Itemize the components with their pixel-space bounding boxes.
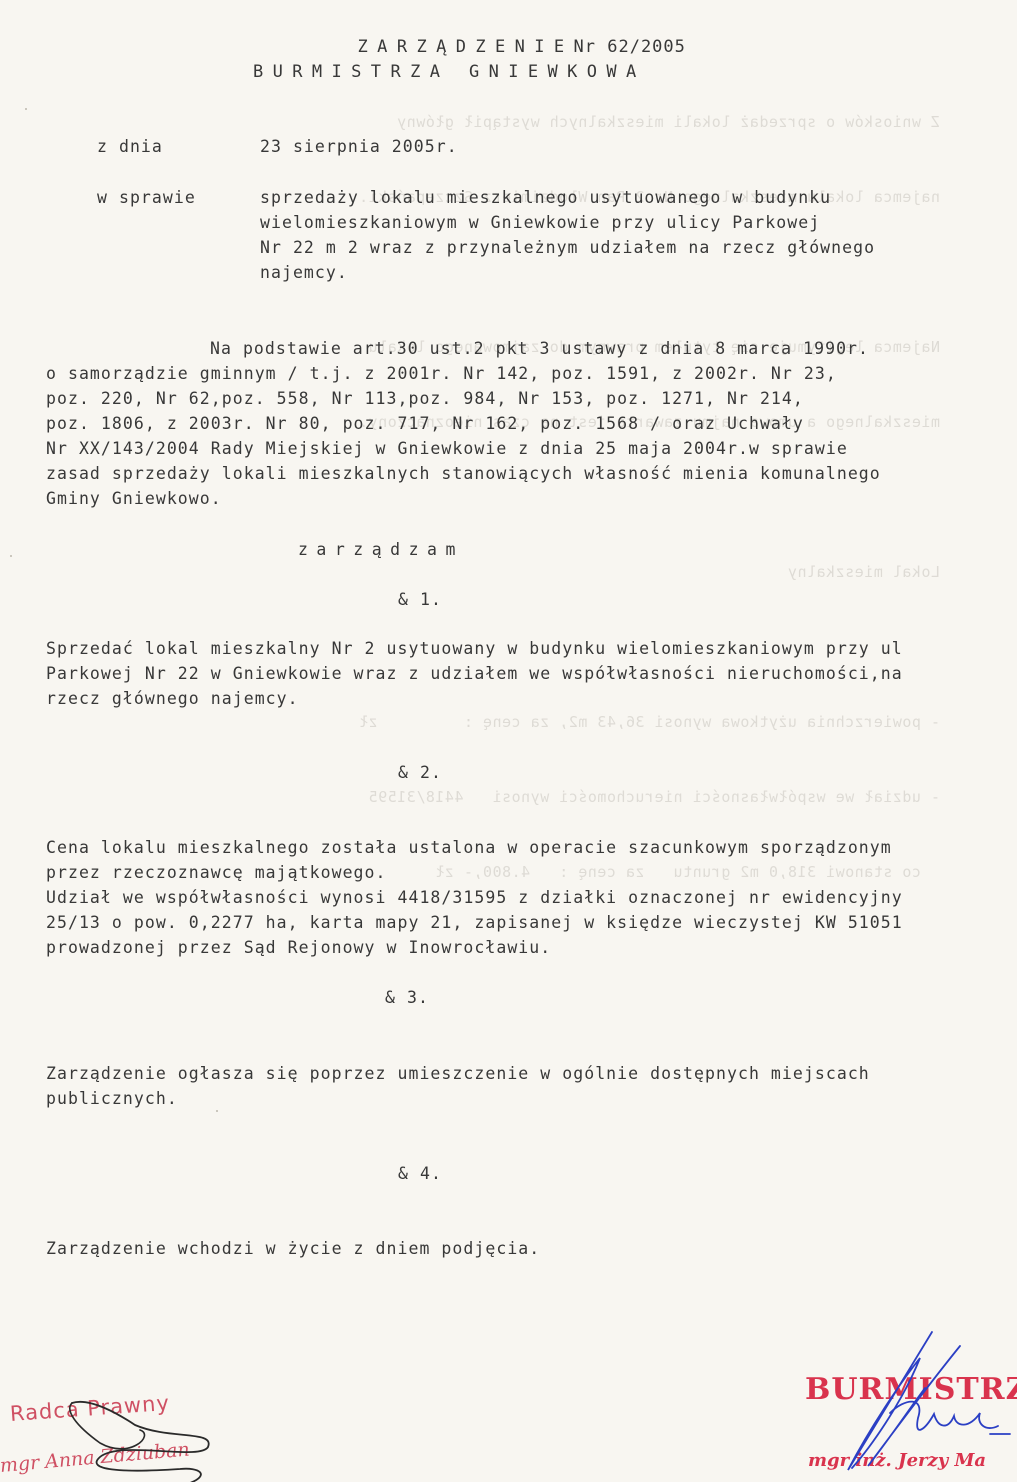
legal-counsel-stamp-name: mgr Anna Zdziuban — [0, 1438, 191, 1477]
section-4-heading: & 4. — [398, 1161, 442, 1186]
section-line: publicznych. — [46, 1086, 870, 1111]
legal-basis-line: o samorządzie gminnym / t.j. z 2001r. Nr… — [46, 361, 881, 386]
legal-basis-line: Nr XX/143/2004 Rady Miejskiej w Gniewkow… — [46, 436, 881, 461]
section-line: Sprzedać lokal mieszkalny Nr 2 usytuowan… — [46, 636, 903, 661]
date-value: 23 sierpnia 2005r. — [260, 134, 458, 159]
bleed-line: - udział we współwłasności nieruchomości… — [240, 785, 940, 810]
section-4-body: Zarządzenie wchodzi w życie z dniem podj… — [46, 1236, 540, 1261]
paper-speck — [10, 555, 12, 557]
section-line: Udział we współwłasności wynosi 4418/315… — [46, 885, 903, 910]
section-line: Zarządzenie wchodzi w życie z dniem podj… — [46, 1236, 540, 1261]
date-label: z dnia — [97, 134, 163, 159]
legal-basis-line: Gminy Gniewkowo. — [46, 486, 881, 511]
section-2-heading: & 2. — [398, 760, 442, 785]
subject-line: sprzedaży lokalu mieszkalnego usytuowane… — [260, 185, 875, 210]
document-number: Nr 62/2005 — [574, 37, 686, 57]
bleed-line: Z wniosków o sprzedaż lokali mieszkalnyc… — [240, 110, 940, 135]
document-title-word: ZARZĄDZENIE — [358, 37, 574, 57]
legal-basis-line: Na podstawie art.30 ust.2 pkt 3 ustawy z… — [210, 336, 869, 361]
legal-basis-line: zasad sprzedaży lokali mieszkalnych stan… — [46, 461, 881, 486]
section-line: Zarządzenie ogłasza się poprzez umieszcz… — [46, 1061, 870, 1086]
mayor-stamp-title: BURMISTRZ — [805, 1372, 1017, 1407]
bleed-line: Lokal mieszkalny — [240, 560, 940, 585]
scanned-document-page: Z wniosków o sprzedaż lokali mieszkalnyc… — [0, 0, 1017, 1482]
mayor-stamp-name: mgr inż. Jerzy Ma — [808, 1450, 986, 1471]
section-line: rzecz głównego najemcy. — [46, 686, 903, 711]
paper-speck — [25, 108, 27, 110]
section-3-heading: & 3. — [385, 985, 429, 1010]
bleed-line: - powierzchnia użytkowa wynosi 36,43 m2,… — [240, 710, 940, 735]
subject-line: Nr 22 m 2 wraz z przynależnym udziałem n… — [260, 235, 875, 260]
section-3-body: Zarządzenie ogłasza się poprzez umieszcz… — [46, 1061, 870, 1111]
section-1-heading: & 1. — [398, 587, 442, 612]
paper-speck — [216, 1110, 218, 1112]
legal-basis-text: o samorządzie gminnym / t.j. z 2001r. Nr… — [46, 361, 881, 511]
section-1-body: Sprzedać lokal mieszkalny Nr 2 usytuowan… — [46, 636, 903, 711]
legal-counsel-stamp-title: Radca Prawny — [9, 1391, 170, 1426]
section-line: Parkowej Nr 22 w Gniewkowie wraz z udzia… — [46, 661, 903, 686]
section-2-body: Cena lokalu mieszkalnego została ustalon… — [46, 835, 903, 960]
legal-basis-line: poz. 220, Nr 62,poz. 558, Nr 113,poz. 98… — [46, 386, 881, 411]
section-line: przez rzeczoznawcę majątkowego. — [46, 860, 903, 885]
subject-line: wielomieszkaniowym w Gniewkowie przy uli… — [260, 210, 875, 235]
subject-line: najemcy. — [260, 260, 875, 285]
document-issuer: BURMISTRZA GNIEWKOWA — [253, 60, 646, 85]
decree-word: zarządzam — [298, 537, 464, 562]
section-line: prowadzonej przez Sąd Rejonowy w Inowroc… — [46, 935, 903, 960]
subject-label: w sprawie — [97, 185, 196, 210]
subject-text: sprzedaży lokalu mieszkalnego usytuowane… — [260, 185, 875, 285]
legal-basis-line: poz. 1806, z 2003r. Nr 80, poz. 717, Nr … — [46, 411, 881, 436]
section-line: 25/13 o pow. 0,2277 ha, karta mapy 21, z… — [46, 910, 903, 935]
section-line: Cena lokalu mieszkalnego została ustalon… — [46, 835, 903, 860]
